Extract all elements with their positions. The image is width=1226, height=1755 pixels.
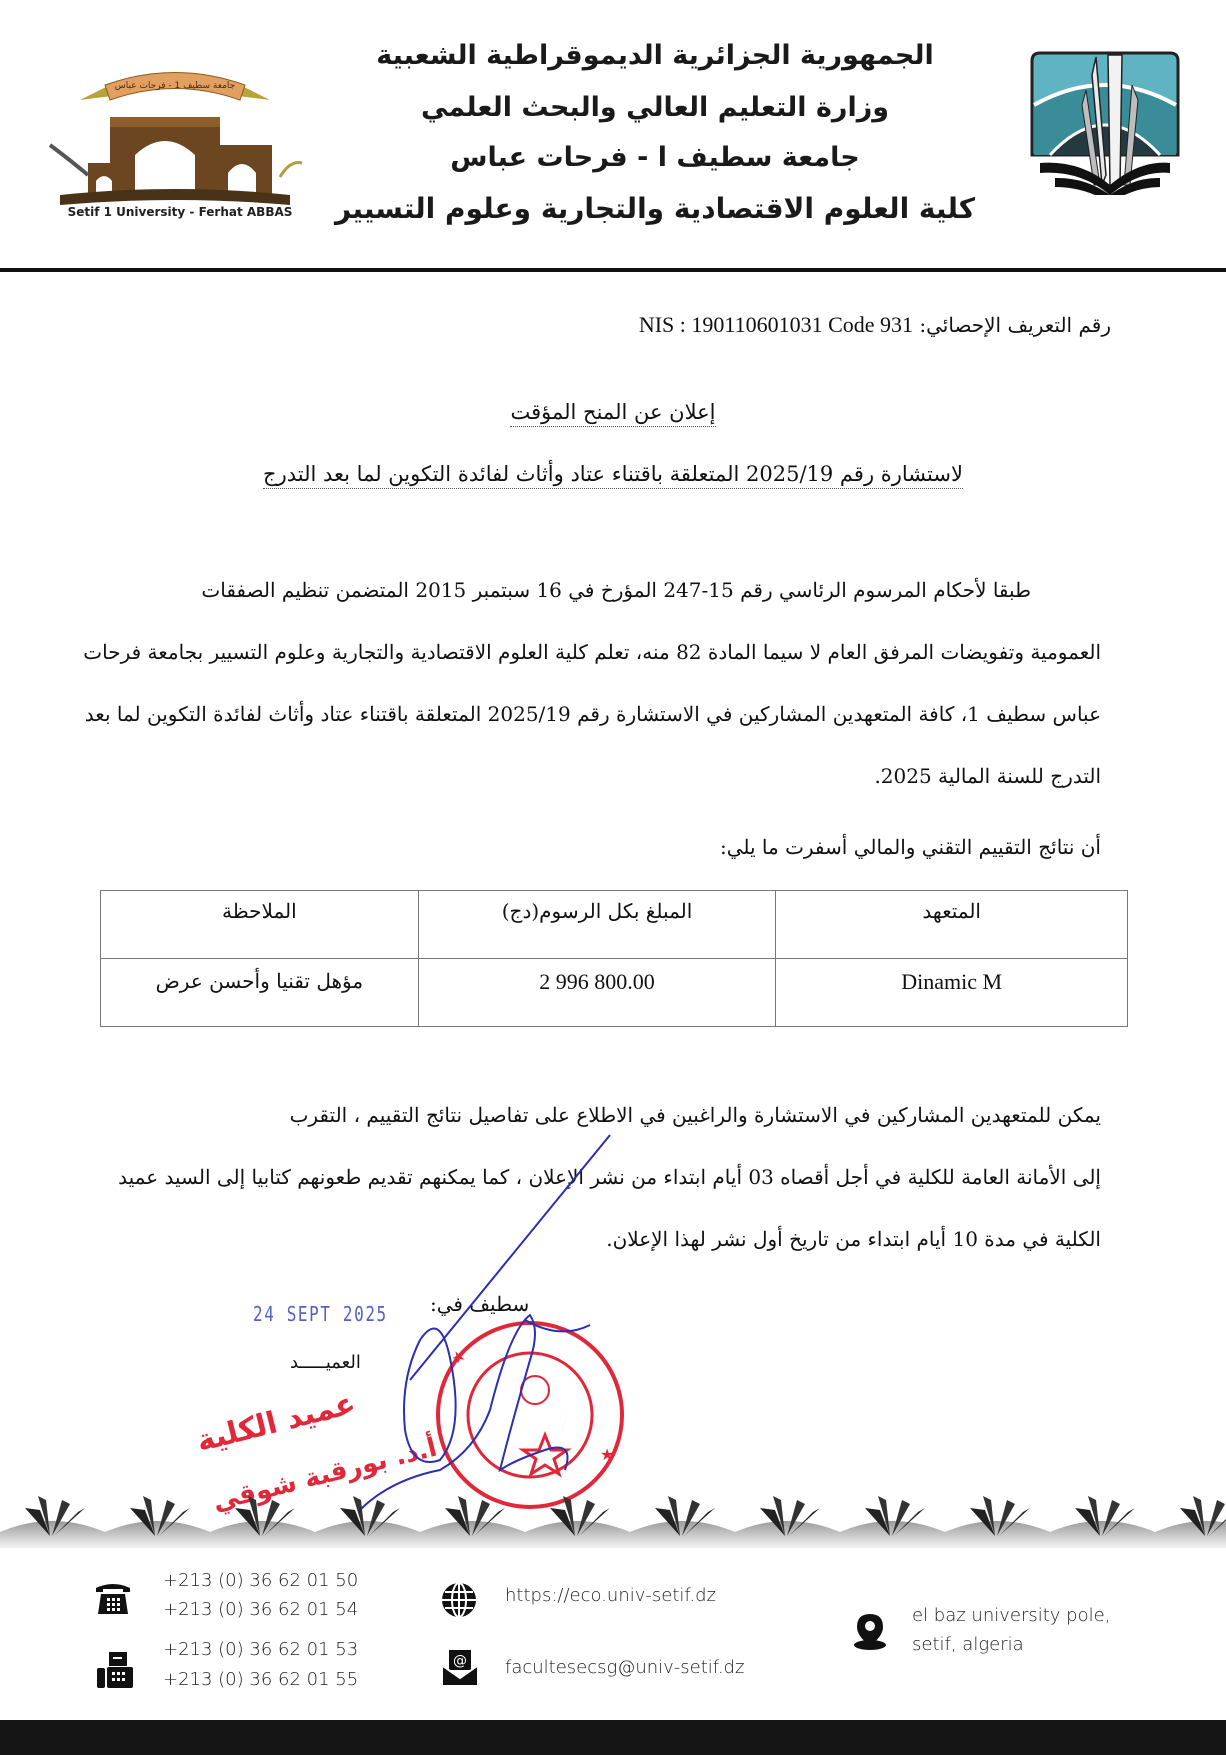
results-intro: أن نتائج التقييم التقني والمالي أسفرت ما…: [720, 835, 1101, 859]
results-table: المتعهد المبلغ بكل الرسوم(دج) الملاحظة D…: [100, 890, 1128, 1027]
fax-number: +213 (0) 36 62 01 53: [163, 1637, 358, 1663]
table-row: Dinamic M 2 996 800.00 مؤهل تقنيا وأحسن …: [101, 959, 1128, 1027]
legal-paragraph: طبقا لأحكام المرسوم الرئاسي رقم 15-247 ا…: [111, 570, 1101, 818]
svg-text:جامعة سطيف 1 - فرحات عباس: جامعة سطيف 1 - فرحات عباس: [115, 81, 235, 91]
globe-icon: [439, 1580, 479, 1620]
statistical-id-label: رقم التعريف الإحصائي:: [919, 313, 1111, 337]
email-link[interactable]: facultesecsg@univ-setif.dz: [505, 1655, 744, 1681]
header-bidder: المتعهد: [776, 891, 1128, 959]
paragraph-line: طبقا لأحكام المرسوم الرئاسي رقم 15-247 ا…: [111, 570, 1101, 632]
phone-number: +213 (0) 36 62 01 50: [163, 1568, 358, 1594]
phone-number: +213 (0) 36 62 01 54: [163, 1597, 358, 1623]
cell-bidder: Dinamic M: [776, 959, 1128, 1027]
phone-icon: [93, 1578, 133, 1618]
fax-icon: [95, 1650, 135, 1690]
cell-amount: 2 996 800.00: [418, 959, 776, 1027]
svg-text:@: @: [453, 1653, 467, 1669]
paragraph-line: التدرج للسنة المالية 2025.: [111, 756, 1101, 818]
header-amount: المبلغ بكل الرسوم(دج): [418, 891, 776, 959]
email-icon: @: [440, 1648, 480, 1688]
website-link[interactable]: https://eco.univ-setif.dz: [505, 1583, 716, 1609]
location-pin-icon: [850, 1612, 890, 1652]
footer-bar: [0, 1720, 1226, 1755]
handwritten-signature-icon: [300, 1130, 620, 1520]
paragraph-line: عباس سطيف 1، كافة المتعهدين المشاركين في…: [111, 694, 1101, 756]
university-logo-caption: Setif 1 University - Ferhat ABBAS: [55, 205, 305, 219]
header-republic: الجمهورية الجزائرية الديموقراطية الشعبية: [360, 40, 950, 71]
announcement-title: إعلان عن المنح المؤقت: [0, 400, 1226, 424]
header-faculty: كلية العلوم الاقتصادية والتجارية وعلوم ا…: [330, 192, 980, 225]
header-ministry: وزارة التعليم العالي والبحث العلمي: [360, 92, 950, 123]
header-remark: الملاحظة: [101, 891, 419, 959]
statistical-id: رقم التعريف الإحصائي: NIS : 190110601031…: [639, 312, 1111, 338]
paragraph-line: العمومية وتفويضات المرفق العام لا سيما ا…: [111, 632, 1101, 694]
header-divider: [0, 268, 1226, 272]
address-line: setif, algeria: [912, 1632, 1024, 1658]
decorative-band: [0, 1488, 1226, 1548]
table-header-row: المتعهد المبلغ بكل الرسوم(دج) الملاحظة: [101, 891, 1128, 959]
address-line: el baz university pole,: [912, 1603, 1110, 1629]
fax-number: +213 (0) 36 62 01 55: [163, 1667, 358, 1693]
announcement-subtitle: لاستشارة رقم 2025/19 المتعلقة باقتناء عت…: [0, 462, 1226, 486]
faculty-shield-logo-icon: [1020, 45, 1190, 195]
cell-remark: مؤهل تقنيا وأحسن عرض: [101, 959, 419, 1027]
statistical-id-value: NIS : 190110601031 Code 931: [639, 312, 913, 337]
header-university: جامعة سطيف ا - فرحات عباس: [360, 142, 950, 173]
